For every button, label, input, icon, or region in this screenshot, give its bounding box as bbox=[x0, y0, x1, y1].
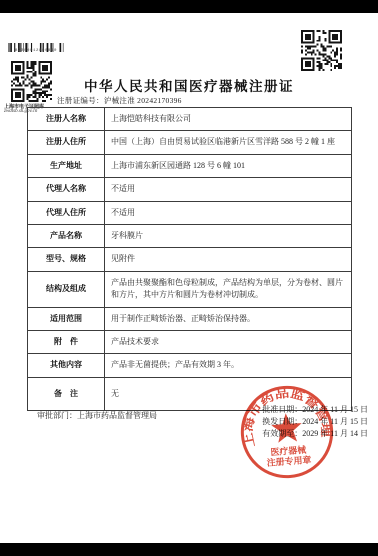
field-label: 附 件 bbox=[28, 330, 105, 353]
official-seal: 上海市药品监督管理局 医疗器械 注册专用章 bbox=[237, 382, 337, 482]
registration-number-line: 注册证编号：沪械注准 20242170396 bbox=[57, 95, 182, 106]
certificate-title: 中华人民共和国医疗器械注册证 bbox=[0, 75, 378, 95]
table-row: 生产地址 上海市浦东新区园通路 128 号 6 幢 101 bbox=[28, 154, 352, 177]
approval-department: 审批部门：上海市药品监督管理局 bbox=[37, 410, 157, 421]
seal-star-icon bbox=[270, 412, 302, 443]
field-value: 中国（上海）自由贸易试验区临港新片区雪洋路 588 号 2 幢 1 座 bbox=[105, 131, 352, 154]
field-label: 产品名称 bbox=[28, 224, 105, 247]
barcode-number: 82000012800840 bbox=[15, 49, 57, 53]
field-value: 不适用 bbox=[105, 178, 352, 201]
field-label: 注册人名称 bbox=[28, 108, 105, 131]
registration-number-value: 沪械注准 20242170396 bbox=[104, 96, 182, 105]
bottom-black-bar bbox=[0, 543, 378, 556]
field-value: 上海恺皓科技有限公司 bbox=[105, 108, 352, 131]
field-label: 注册人住所 bbox=[28, 131, 105, 154]
table-row: 产品名称 牙科膜片 bbox=[28, 224, 352, 247]
verification-qr-code-icon bbox=[301, 30, 342, 71]
seal-ring-text: 上海市药品监督管理局 bbox=[237, 382, 333, 449]
field-value: 产品由共聚聚酯和色母粒制成，产品结构为单层，分为卷材、圆片和方片，其中方片和圆片… bbox=[105, 271, 352, 307]
top-black-bar bbox=[0, 0, 378, 13]
field-value: 见附件 bbox=[105, 248, 352, 271]
table-row: 附 件 产品技术要求 bbox=[28, 330, 352, 353]
table-row: 型号、规格 见附件 bbox=[28, 248, 352, 271]
field-value: 不适用 bbox=[105, 201, 352, 224]
field-label: 型号、规格 bbox=[28, 248, 105, 271]
field-label: 结构及组成 bbox=[28, 271, 105, 307]
field-label: 其他内容 bbox=[28, 354, 105, 377]
field-label: 代理人名称 bbox=[28, 178, 105, 201]
certificate-table: 注册人名称 上海恺皓科技有限公司 注册人住所 中国（上海）自由贸易试验区临港新片… bbox=[27, 107, 352, 411]
table-row: 代理人住所 不适用 bbox=[28, 201, 352, 224]
field-label: 适用范围 bbox=[28, 307, 105, 330]
table-row: 适用范围 用于制作正畸矫治器、正畸矫治保持器。 bbox=[28, 307, 352, 330]
table-row: 注册人名称 上海恺皓科技有限公司 bbox=[28, 108, 352, 131]
field-value: 用于制作正畸矫治器、正畸矫治保持器。 bbox=[105, 307, 352, 330]
field-value: 产品技术要求 bbox=[105, 330, 352, 353]
field-value: 产品非无菌提供；产品有效期 3 年。 bbox=[105, 354, 352, 377]
field-label: 备 注 bbox=[28, 377, 105, 410]
field-value: 上海市浦东新区园通路 128 号 6 幢 101 bbox=[105, 154, 352, 177]
table-row: 代理人名称 不适用 bbox=[28, 178, 352, 201]
field-label: 代理人住所 bbox=[28, 201, 105, 224]
registration-number-label: 注册证编号： bbox=[57, 96, 104, 105]
table-row: 结构及组成 产品由共聚聚酯和色母粒制成，产品结构为单层，分为卷材、圆片和方片，其… bbox=[28, 271, 352, 307]
barcode bbox=[8, 39, 64, 48]
table-row: 其他内容 产品非无菌提供；产品有效期 3 年。 bbox=[28, 354, 352, 377]
field-value: 牙科膜片 bbox=[105, 224, 352, 247]
field-label: 生产地址 bbox=[28, 154, 105, 177]
table-row: 注册人住所 中国（上海）自由贸易试验区临港新片区雪洋路 588 号 2 幢 1 … bbox=[28, 131, 352, 154]
